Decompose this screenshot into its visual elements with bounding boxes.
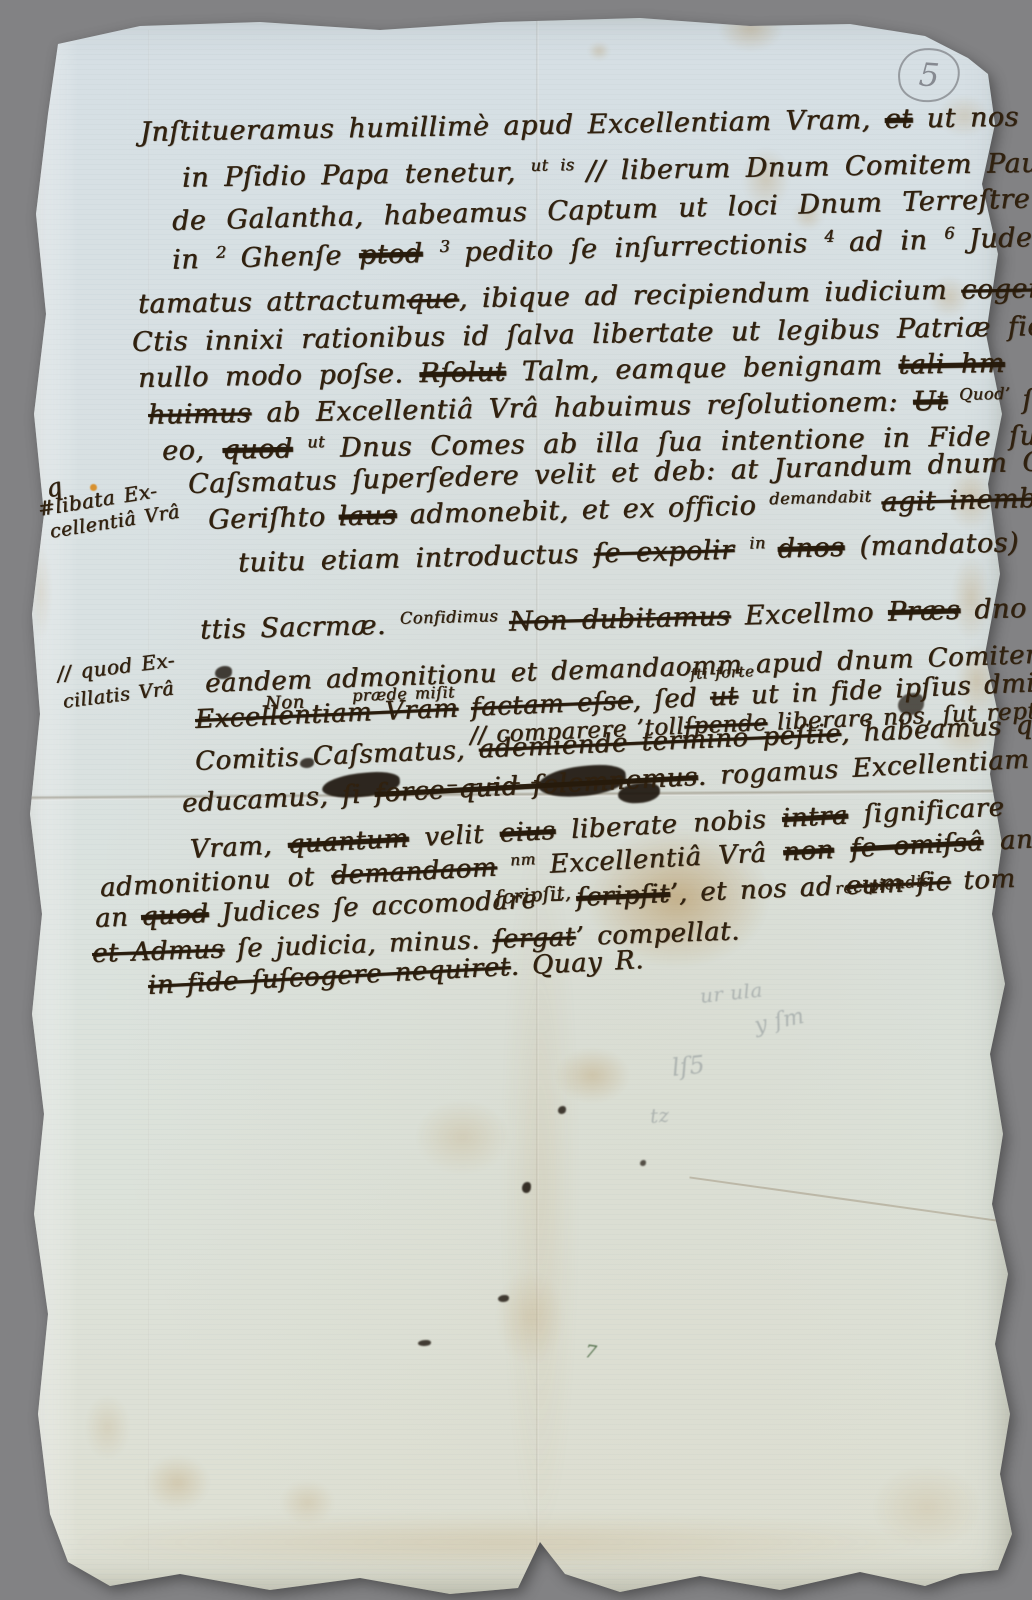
handwritten-text: Judem ſui Caſ- xyxy=(968,218,1032,255)
handwritten-text: Non xyxy=(265,692,305,714)
struck-text: quantum xyxy=(287,824,409,860)
handwritten-text: 7 xyxy=(584,1341,599,1363)
interlinear-insertion: Quod’ xyxy=(947,384,1022,404)
struck-text: dnos xyxy=(777,532,845,565)
interlinear-insertion: demandabit xyxy=(769,486,882,508)
handwritten-text: // liberum Dnum Comitem Paulum Eſterhazy xyxy=(586,144,1032,186)
manuscript-line-31: præde miſit xyxy=(352,683,456,704)
handwritten-text: educamus, ſi xyxy=(181,779,375,819)
struck-text: ut xyxy=(709,681,738,712)
interlinear-insertion: 2 xyxy=(216,242,241,262)
handwritten-text: ad in xyxy=(848,224,944,257)
struck-text: quod xyxy=(140,899,209,932)
interlinear-insertion: ut is xyxy=(530,155,586,175)
struck-text: laus xyxy=(338,500,397,533)
handwritten-text: nullo modo poſse. xyxy=(138,358,420,394)
handwritten-text: dno Princeſs // xyxy=(960,589,1032,626)
handwritten-text: tuitu etiam introductus xyxy=(238,538,595,578)
handwritten-text: ab Excellentiâ Vrâ habuimus reſolutionem… xyxy=(251,386,913,429)
handwritten-text: an xyxy=(94,902,141,934)
struck-text: Ut xyxy=(913,386,948,418)
handwritten-text: . Quay R. xyxy=(510,945,645,982)
struck-text: eius xyxy=(499,816,556,849)
handwritten-text: in Pſidio Papa tenetur, xyxy=(182,157,531,194)
struck-text: intra xyxy=(781,801,848,834)
handwritten-text: lſ5 xyxy=(671,1051,707,1082)
struck-text: et xyxy=(884,104,912,135)
struck-text: que xyxy=(406,283,459,315)
handwritten-text: Geriſhto xyxy=(208,501,339,535)
struck-text: Præs xyxy=(887,595,960,628)
struck-text: ptod xyxy=(358,238,422,271)
struck-text: huimus xyxy=(148,398,252,431)
struck-text: demandaom xyxy=(330,853,497,892)
handwritten-text: , ibique ad recipiendum iudicium xyxy=(458,275,961,315)
handwritten-text: ſti forte xyxy=(690,662,755,683)
page-number-digit: 5 xyxy=(918,55,941,94)
handwritten-text: tamatus attractum xyxy=(138,284,407,320)
handwritten-text: ſup xyxy=(1022,384,1032,416)
handwritten-text: pedito ſe inſurrectionis xyxy=(464,228,825,268)
interlinear-insertion: 4 xyxy=(824,226,849,246)
handwritten-text: Talm, eamque benignam xyxy=(506,350,899,388)
interlinear-insertion: 6 xyxy=(944,223,969,243)
handwritten-text xyxy=(734,534,750,565)
interlinear-insertion: ut xyxy=(292,432,340,452)
struck-text: Non dubitamus xyxy=(509,601,731,638)
handwritten-text: Excellmo xyxy=(730,597,888,632)
struck-text: et Admus xyxy=(91,934,224,969)
handwritten-text: ur ula xyxy=(699,977,764,1007)
handwritten-text xyxy=(422,238,440,269)
handwritten-text: y ſm xyxy=(752,1004,807,1039)
struck-text: tali hm xyxy=(898,348,1005,381)
manuscript-line-29: cillatis Vrâ xyxy=(62,678,176,712)
struck-text: fe omiſsâ xyxy=(850,827,984,864)
handwritten-text: eo, xyxy=(162,435,223,467)
handwritten-text: præde miſit xyxy=(352,682,456,705)
handwritten-text: (mandatos) ſine xyxy=(844,525,1032,562)
manuscript-line-1: Jnſtitueramus humillimè apud Excellentia… xyxy=(140,101,1032,147)
handwritten-text: Vram, xyxy=(189,830,288,865)
handwritten-text: , ſed xyxy=(632,683,711,716)
manuscript-line-32: ſti forte xyxy=(690,663,755,682)
struck-text: cogere xyxy=(961,273,1032,306)
struck-text: quod xyxy=(222,433,293,465)
handwritten-text: velit xyxy=(408,819,501,854)
handwritten-text: an dmis xyxy=(982,820,1032,857)
manuscript-line-12: tuitu etiam introductus ſe expolir in dn… xyxy=(238,526,1032,579)
handwritten-text: admonebit, et ex officio xyxy=(396,490,769,531)
handwritten-text: tom xyxy=(950,864,1016,897)
struck-text: ſe expolir xyxy=(593,535,734,570)
interlinear-insertion: 3 xyxy=(439,236,464,256)
ghost-mark-2: y ſm xyxy=(752,1005,806,1039)
ghost-mark-4: tz xyxy=(649,1104,670,1127)
scanned-manuscript-page: { "page": { "background_color": "#828284… xyxy=(0,0,1032,1600)
handwritten-text: ſignificare xyxy=(847,792,1005,830)
manuscript-line-13: ttis Sacrmæ. Confidimus Non dubitamus Ex… xyxy=(200,589,1032,645)
manuscript-line-30: Non xyxy=(265,693,305,714)
ghost-mark-1: ur ula xyxy=(699,978,764,1006)
manuscript-line-5: tamatus attractumque, ibique ad recipien… xyxy=(138,271,1032,319)
ghost-mark-5: 7 xyxy=(584,1342,599,1363)
struck-text: non xyxy=(782,835,834,868)
struck-text: ſcripſit xyxy=(575,879,670,913)
interlinear-insertion: Confidimus xyxy=(400,606,509,628)
handwritten-text: in xyxy=(172,244,217,276)
handwritten-text: ’, et nos ad xyxy=(669,871,846,909)
handwritten-text: tz xyxy=(649,1103,670,1128)
interlinear-insertion: nm xyxy=(496,849,550,870)
struck-text: agit inembordine xyxy=(881,481,1032,518)
interlinear-insertion: in xyxy=(749,533,778,553)
handwriting-layer: Jnſtitueramus humillimè apud Excellentia… xyxy=(0,0,1032,1600)
handwritten-text: Jnſtitueramus humillimè apud Excellentia… xyxy=(140,104,885,148)
handwritten-text: ut nos Ctes xyxy=(912,100,1032,134)
handwritten-text: Ghenſe xyxy=(240,240,359,274)
handwritten-text: Comitis Caſsmatus, xyxy=(194,735,479,777)
handwritten-text: ttis Sacrmæ. xyxy=(200,609,401,645)
struck-text: Rſolut xyxy=(419,357,506,390)
ghost-mark-3: lſ5 xyxy=(671,1052,707,1082)
